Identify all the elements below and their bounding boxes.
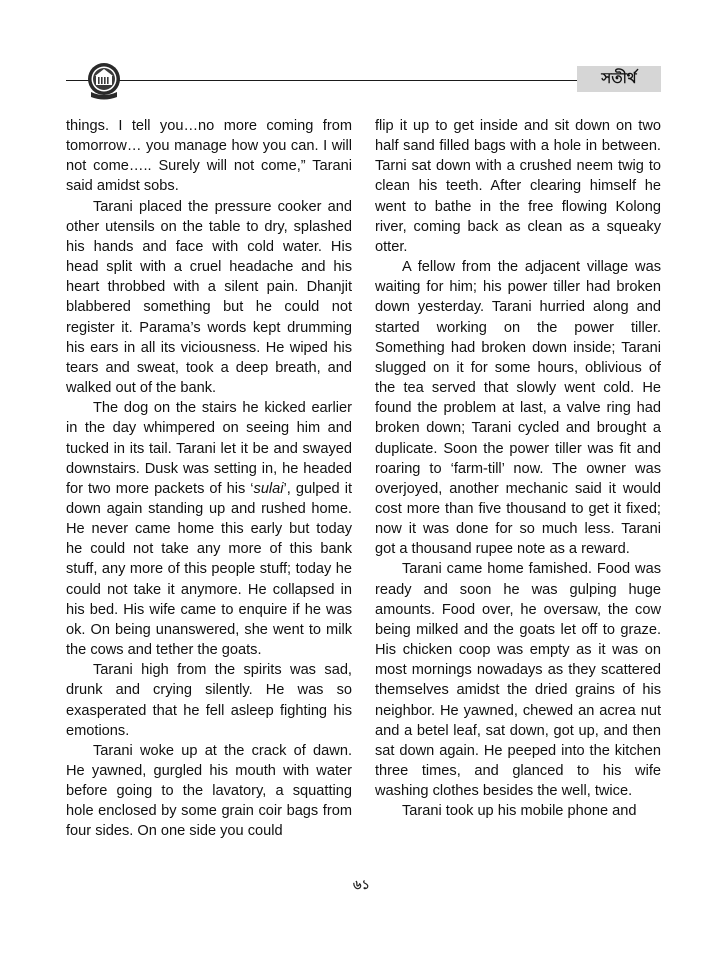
paragraph: Tarani high from the spirits was sad, dr… xyxy=(66,660,352,741)
institution-emblem-icon xyxy=(86,62,122,102)
paragraph: Tarani placed the pressure cooker and ot… xyxy=(66,197,352,399)
page-number: ৬১ xyxy=(0,876,723,897)
paragraph: things. I tell you…no more coming from t… xyxy=(66,116,352,197)
header-rule xyxy=(66,80,578,81)
paragraph: Tarani woke up at the crack of dawn. He … xyxy=(66,741,352,842)
paragraph-text: ’, gulped it down again standing up and … xyxy=(66,481,352,658)
italic-term: sulai xyxy=(254,481,284,497)
paragraph: Tarani took up his mobile phone and xyxy=(375,801,661,821)
journal-title-tag: সতীৰ্থ xyxy=(577,66,661,92)
paragraph: Tarani came home famished. Food was read… xyxy=(375,559,661,801)
right-column: flip it up to get inside and sit down on… xyxy=(375,116,661,821)
paragraph: A fellow from the adjacent village was w… xyxy=(375,257,661,559)
paragraph: flip it up to get inside and sit down on… xyxy=(375,116,661,257)
paragraph: The dog on the stairs he kicked earlier … xyxy=(66,398,352,660)
left-column: things. I tell you…no more coming from t… xyxy=(66,116,352,842)
